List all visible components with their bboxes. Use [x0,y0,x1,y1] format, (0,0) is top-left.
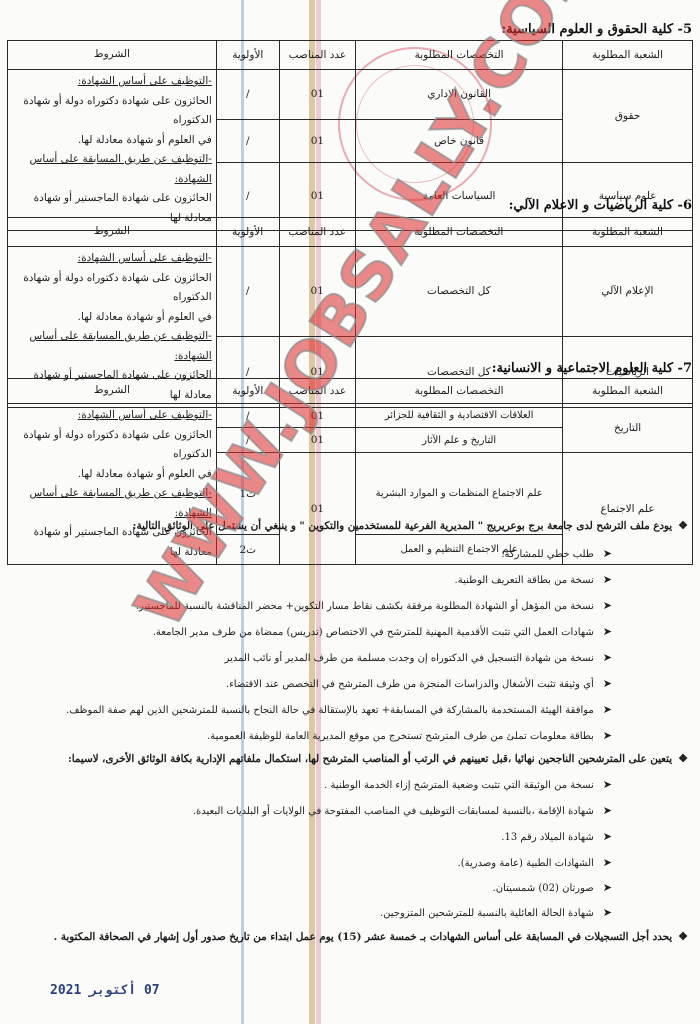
condition-heading: -التوظيف عن طريق المسابقة على أساس الشها… [12,327,212,366]
list-item: ➤شهادة الميلاد رقم 13. [501,830,612,843]
list-item: ➤أي وثيقة تثبت الأشغال والدراسات المنجزة… [226,677,612,690]
diamond-bullet-icon: ❖ [678,752,688,765]
header-count: عدد المناصب [279,41,355,70]
table-social-faculty: الشعبة المطلوبة التخصصات المطلوبة عدد ال… [7,378,693,565]
condition-line: الحائزون على شهادة دكتوراه دولة أو شهادة… [12,269,212,308]
list-item: ➤شهادات العمل التي تثبت الأقدمية المهنية… [153,625,612,638]
header-branch: الشعبة المطلوبة [563,379,693,404]
successful-candidates-notice: ❖يتعين على المترشحين الناجحين نهائيا ،قب… [68,752,688,765]
date-stamp: 07 أكتوبر 2021 [50,983,160,998]
list-item: ➤نسخة من الوثيقة التي تثبت وضعية المترشح… [324,778,612,791]
header-conditions: الشروط [8,218,217,247]
arrow-bullet-icon: ➤ [603,651,612,664]
list-item: ➤موافقة الهيئة المستخدمة بالمشاركة في ال… [66,703,612,716]
list-item: ➤طلب خطي للمشاركة؛ [501,547,612,560]
list-item-text: أي وثيقة تثبت الأشغال والدراسات المنجزة … [226,679,594,690]
cell-count: 01 [279,119,355,162]
cell-specialty: التاريخ و علم الآثار [356,428,563,453]
list-item-text: صورتان (02) شمسيتان. [493,883,594,894]
list-item: ➤الشهادات الطبية (عامة وصدرية). [458,856,612,869]
list-item-text: نسخة من بطاقة التعريف الوطنية. [455,575,594,586]
list-item: ➤بطاقة معلومات تملئ من طرف المترشح تستخر… [207,729,612,742]
section-title-math: 6- كلية الرياضيات و الاعلام الآلي: [509,198,692,213]
condition-line: في العلوم أو شهادة معادلة لها. [12,308,212,328]
list-item-text: شهادة الإقامة ،بالنسبة لمسابقات التوظيف … [193,806,594,817]
condition-line: في العلوم أو شهادة معادلة لها. [12,131,212,151]
condition-heading: -التوظيف عن طريق المسابقة على أساس الشها… [12,150,212,189]
deadline-notice-text: يحدد أجل التسجيلات في المسابقة على أساس … [54,931,672,943]
list-item-text: نسخة من شهادة التسجيل في الدكتوراه إن وج… [225,653,594,664]
arrow-bullet-icon: ➤ [603,830,612,843]
header-conditions: الشروط [8,41,217,70]
header-conditions: الشروط [8,379,217,404]
arrow-bullet-icon: ➤ [603,573,612,586]
cell-priority: / [216,119,279,162]
cell-count: 01 [279,70,355,120]
list-item-text: شهادة الميلاد رقم 13. [501,832,594,843]
list-item: ➤نسخة من بطاقة التعريف الوطنية. [455,573,612,586]
section-title-social: 7- كلية العلوم الاجتماعية و الانسانية: [492,361,692,376]
condition-line: في العلوم أو شهادة معادلة لها. [12,465,212,485]
arrow-bullet-icon: ➤ [603,881,612,894]
header-priority: الأولوية [216,218,279,247]
diamond-bullet-icon: ❖ [678,930,688,943]
condition-line: الحائزون على شهادة دكتوراه دولة أو شهادة… [12,426,212,465]
list-item: ➤صورتان (02) شمسيتان. [493,881,612,894]
successful-notice-text: يتعين على المترشحين الناجحين نهائيا ،قبل… [68,753,672,765]
list-item-text: شهادة الحالة العائلية بالنسبة للمترشحين … [380,908,594,919]
list-item-text: بطاقة معلومات تملئ من طرف المترشح تستخرج… [207,731,594,742]
diamond-bullet-icon: ❖ [678,519,688,532]
list-item-text: موافقة الهيئة المستخدمة بالمشاركة في الم… [66,705,594,716]
arrow-bullet-icon: ➤ [603,703,612,716]
condition-heading: -التوظيف على أساس الشهادة: [12,249,212,269]
cell-branch: الإعلام الآلي [562,247,692,337]
arrow-bullet-icon: ➤ [603,729,612,742]
arrow-bullet-icon: ➤ [603,625,612,638]
list-item-text: شهادات العمل التي تثبت الأقدمية المهنية … [153,627,594,638]
header-specialty: التخصصات المطلوبة [356,379,563,404]
arrow-bullet-icon: ➤ [603,599,612,612]
cell-branch: حقوق [563,70,693,163]
arrow-bullet-icon: ➤ [603,856,612,869]
condition-heading: -التوظيف على أساس الشهادة: [12,72,212,92]
header-branch: الشعبة المطلوبة [563,41,693,70]
arrow-bullet-icon: ➤ [603,677,612,690]
deadline-notice: ❖يحدد أجل التسجيلات في المسابقة على أساس… [54,930,688,943]
header-branch: الشعبة المطلوبة [562,218,692,247]
document-page: 5- كلية الحقوق و العلوم السياسية: الشعبة… [0,0,700,1024]
list-item-text: الشهادات الطبية (عامة وصدرية). [458,858,594,869]
header-priority: الأولوية [216,41,279,70]
list-item-text: نسخة من الوثيقة التي تثبت وضعية المترشح … [324,780,594,791]
arrow-bullet-icon: ➤ [603,778,612,791]
list-item: ➤نسخة من شهادة التسجيل في الدكتوراه إن و… [225,651,612,664]
condition-heading: -التوظيف على أساس الشهادة: [12,406,212,426]
cell-specialty: العلاقات الاقتصادية و الثقافية للجزائر [356,404,563,428]
list-item: ➤شهادة الإقامة ،بالنسبة لمسابقات التوظيف… [193,804,612,817]
list-item-text: طلب خطي للمشاركة؛ [501,549,593,560]
arrow-bullet-icon: ➤ [603,804,612,817]
list-item: ➤شهادة الحالة العائلية بالنسبة للمترشحين… [380,906,612,919]
cell-branch: التاريخ [563,404,693,453]
arrow-bullet-icon: ➤ [603,547,612,560]
cell-priority: / [216,70,279,120]
cell-priority: / [216,247,279,337]
arrow-bullet-icon: ➤ [603,906,612,919]
condition-line: الحائزون على شهادة دكتوراه دولة أو شهادة… [12,92,212,131]
cell-conditions: -التوظيف على أساس الشهادة: الحائزون على … [8,70,217,231]
